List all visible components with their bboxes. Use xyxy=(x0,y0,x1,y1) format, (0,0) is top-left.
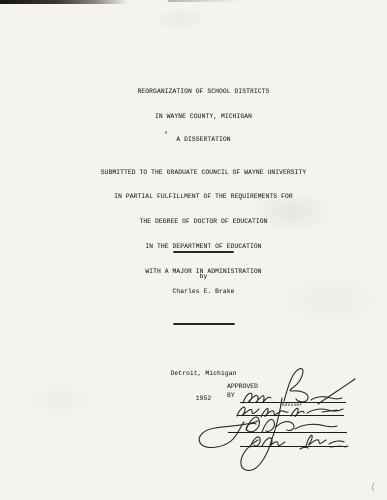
approved-by-label: BY xyxy=(227,392,235,400)
scan-smudge-top-left xyxy=(0,0,128,4)
by-label: by xyxy=(10,273,387,281)
bottom-right-tick xyxy=(373,483,375,491)
author-name: Charles E. Brake xyxy=(10,288,387,296)
adviser-caption: Adviser xyxy=(262,403,322,408)
document-title: REORGANIZATION OF SCHOOL DISTRICTS IN WA… xyxy=(10,71,387,138)
submission-statement: SUBMITTED TO THE GRADUATE COUNCIL OF WAY… xyxy=(10,152,387,293)
dissertation-label: A DISSERTATION xyxy=(10,136,387,144)
signature-line-4 xyxy=(240,446,347,447)
submission-line-1: SUBMITTED TO THE GRADUATE COUNCIL OF WAY… xyxy=(10,169,387,177)
title-line-1: REORGANIZATION OF SCHOOL DISTRICTS xyxy=(10,88,387,96)
scan-smudge-top-middle xyxy=(168,0,242,2)
signature-3-left-oval xyxy=(199,421,258,448)
submission-line-2: IN PARTIAL FULFILLMENT OF THE REQUIREMEN… xyxy=(10,193,387,201)
separator-rule-top xyxy=(173,251,234,253)
separator-rule-bottom xyxy=(173,323,235,325)
signature-line-2 xyxy=(237,415,344,416)
imprint-block: Detroit, Michigan 1952 xyxy=(10,354,387,420)
approved-label: APPROVED xyxy=(227,383,258,391)
scanned-title-page: REORGANIZATION OF SCHOOL DISTRICTS IN WA… xyxy=(0,0,387,500)
signature-line-3 xyxy=(228,432,347,433)
submission-line-3: THE DEGREE OF DOCTOR OF EDUCATION xyxy=(10,218,387,226)
imprint-city: Detroit, Michigan xyxy=(10,370,387,378)
title-line-2: IN WAYNE COUNTY, MICHIGAN xyxy=(10,113,387,121)
